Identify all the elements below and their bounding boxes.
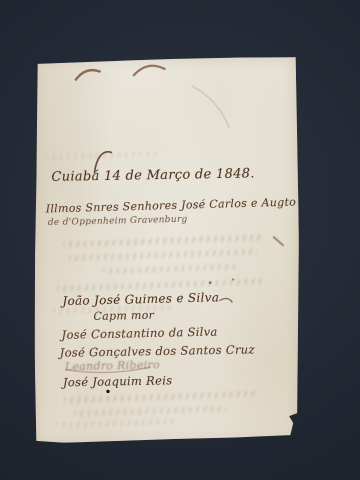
signature-5: José Joaquim Reis <box>63 373 173 389</box>
document-paper: Cuiabá 14 de Março de 1848. Illmos Snres… <box>32 55 301 445</box>
signature-1-title: Capm mor <box>93 309 154 323</box>
signature-4: Leandro Ribeiro <box>65 358 160 373</box>
photo-background: Cuiabá 14 de Março de 1848. Illmos Snres… <box>0 0 360 480</box>
